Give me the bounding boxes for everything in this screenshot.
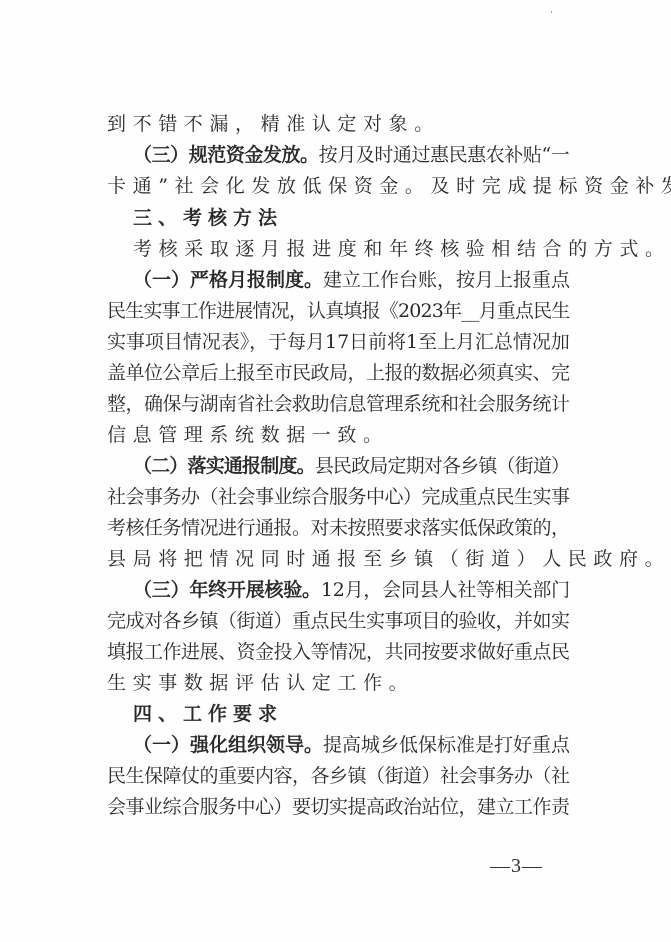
line-text: 实事项目情况表》，于每月17日前将1至上月汇总情况加 [107,331,570,353]
paragraph-line: （一）严格月报制度。建立工作台账，按月上报重点 [133,266,570,294]
paragraph-line: 卡通”社会化发放低保资金。及时完成提标资金补发。 [107,172,570,200]
line-text: 建立工作台账，按月上报重点 [323,269,570,291]
line-text: 县局将把情况同时通报至乡镇（街道）人民政府。 [107,548,670,570]
paragraph-line: 社会事务办（社会事业综合服务中心）完成重点民生实事 [107,483,570,511]
line-text: 到不错不漏，精准认定对象。 [107,113,440,135]
paragraph-line: 盖单位公章后上报至市民政局，上报的数据必须真实、完 [107,359,570,387]
paragraph-line: （一）强化组织领导。提高城乡低保标准是打好重点 [133,731,570,759]
line-text: 按月及时通过惠民惠农补贴“一 [319,144,570,166]
paragraph-line: 民生保障仗的重要内容，各乡镇（街道）社会事务办（社 [107,762,570,790]
scan-speck [551,11,552,13]
line-text: 信息管理系统数据一致。 [107,424,389,446]
section-heading: 三、考核方法 [133,204,283,232]
subsection-title: （二）落实通报制度。 [133,455,315,477]
line-text: 民生保障仗的重要内容，各乡镇（街道）社会事务办（社 [107,765,570,787]
line-text: 卡通”社会化发放低保资金。及时完成提标资金补发。 [107,175,671,197]
subsection-title: （三）年终开展核验。 [133,579,321,601]
page-number: —3— [490,855,543,878]
heading-text: 三、考核方法 [133,207,283,229]
paragraph-line: （二）落实通报制度。县民政局定期对各乡镇（街道） [133,452,570,480]
line-text: 12月，会同县人社等相关部门 [321,579,570,601]
paragraph-line: （三）年终开展核验。12月，会同县人社等相关部门 [133,576,570,604]
line-text: 考核任务情况进行通报。对未按照要求落实低保政策的， [107,517,570,539]
paragraph-line: 整，确保与湖南省社会救助信息管理系统和社会服务统计 [107,390,570,418]
paragraph-line: 填报工作进展、资金投入等情况，共同按要求做好重点民 [107,638,570,666]
heading-text: 四、工作要求 [133,703,283,725]
line-text: 完成对各乡镇（街道）重点民生实事项目的验收，并如实 [107,610,570,632]
subsection-title: （一）严格月报制度。 [133,269,323,291]
paragraph-line: 生实事数据评估认定工作。 [107,669,570,697]
line-text: 整，确保与湖南省社会救助信息管理系统和社会服务统计 [107,393,570,415]
paragraph-line: 会事业综合服务中心）要切实提高政治站位，建立工作责 [107,793,570,821]
paragraph-line: 考核采取逐月报进度和年终核验相结合的方式。 [133,235,570,263]
line-text: 县民政局定期对各乡镇（街道） [315,455,569,477]
line-text: 提高城乡低保标准是打好重点 [323,734,570,756]
paragraph-line: 考核任务情况进行通报。对未按照要求落实低保政策的， [107,514,570,542]
line-text: 填报工作进展、资金投入等情况，共同按要求做好重点民 [107,641,570,663]
line-text: 生实事数据评估认定工作。 [107,672,414,694]
line-text: 考核采取逐月报进度和年终核验相结合的方式。 [133,238,671,260]
section-heading: 四、工作要求 [133,700,283,728]
subsection-title: （三）规范资金发放。 [133,144,319,166]
paragraph-line: 信息管理系统数据一致。 [107,421,570,449]
line-text: 会事业综合服务中心）要切实提高政治站位，建立工作责 [107,796,570,818]
line-text: 盖单位公章后上报至市民政局，上报的数据必须真实、完 [107,362,570,384]
line-text: 民生实事工作进展情况，认真填报《2023年__月重点民生 [107,300,570,322]
line-text: 社会事务办（社会事业综合服务中心）完成重点民生实事 [107,486,570,508]
subsection-title: （一）强化组织领导。 [133,734,323,756]
paragraph-line: 民生实事工作进展情况，认真填报《2023年__月重点民生 [107,297,570,325]
paragraph-line: 实事项目情况表》，于每月17日前将1至上月汇总情况加 [107,328,570,356]
paragraph-line: 到不错不漏，精准认定对象。 [107,110,570,138]
paragraph-line: 完成对各乡镇（街道）重点民生实事项目的验收，并如实 [107,607,570,635]
paragraph-line: 县局将把情况同时通报至乡镇（街道）人民政府。 [107,545,570,573]
document-page: 到不错不漏，精准认定对象。 （三）规范资金发放。按月及时通过惠民惠农补贴“一 卡… [0,0,671,942]
paragraph-line: （三）规范资金发放。按月及时通过惠民惠农补贴“一 [133,141,570,169]
